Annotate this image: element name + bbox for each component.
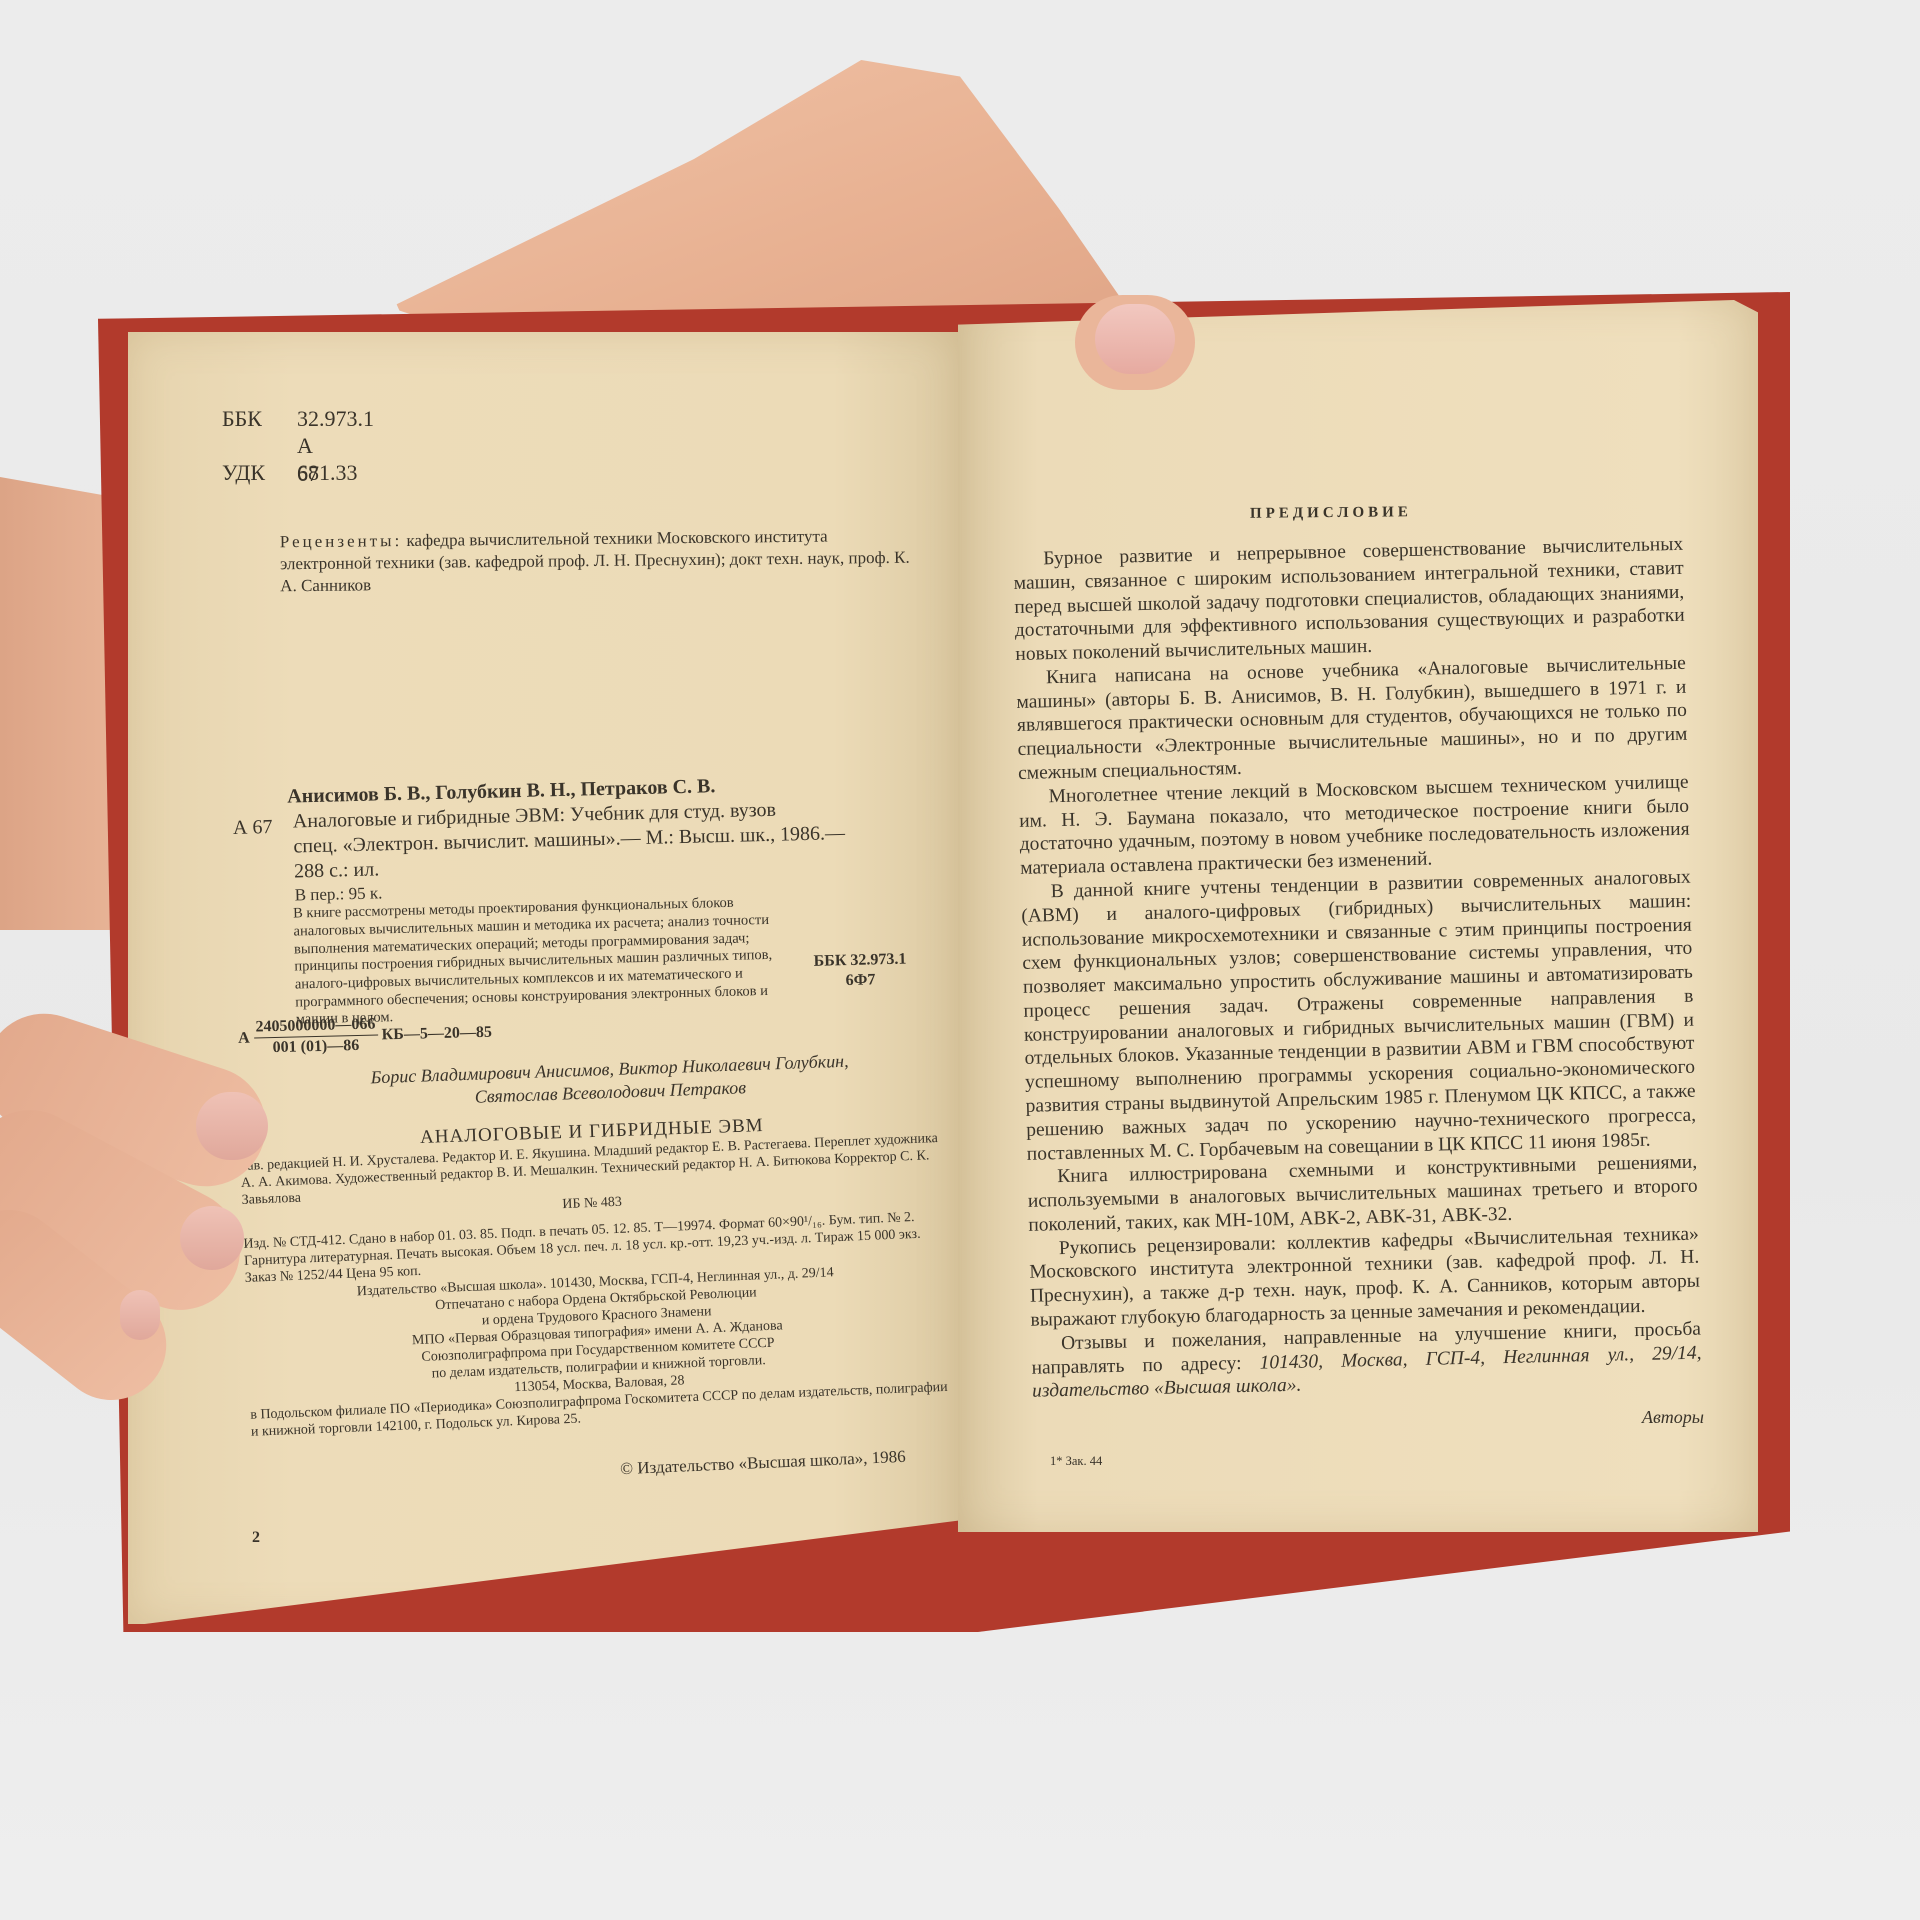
code-suffix: КБ—5—20—85: [381, 1022, 492, 1045]
imprint: Зав. редакцией Н. И. Хрусталева. Редакто…: [240, 1130, 951, 1441]
preface-paragraph: Бурное развитие и непрерывное совершенст…: [1013, 533, 1686, 667]
udk-label: УДК: [222, 460, 265, 485]
bbk2-sub: 6Ф7: [814, 970, 907, 992]
page-number: 2: [252, 1528, 260, 1548]
biblio-code: А 67: [233, 815, 273, 841]
reviewers-label: Рецензенты:: [280, 531, 403, 551]
bbk-value: 32.973.1: [297, 405, 374, 433]
bbk-label: ББК: [222, 406, 262, 431]
bbk-secondary: ББК 32.973.1 6Ф7: [813, 950, 907, 992]
reviewers: Рецензенты: кафедра вычислительной техни…: [280, 525, 911, 597]
preface-paragraph: Многолетнее чтение лекций в Московском в…: [1018, 771, 1690, 881]
fingernail: [180, 1206, 244, 1270]
classification-index: ББК32.973.1 А 67 УДК681.33: [222, 405, 265, 486]
preface-body: Бурное развитие и непрерывное совершенст…: [1013, 533, 1702, 1404]
abstract-text: В книге рассмотрены методы проектировани…: [243, 893, 806, 1030]
preface-paragraph: Рукопись рецензировали: коллектив кафедр…: [1029, 1222, 1701, 1332]
fingernail: [196, 1092, 268, 1160]
preface-signature: Авторы: [1642, 1406, 1704, 1429]
preface-paragraph-address: Отзывы и пожелания, направленные на улуч…: [1031, 1317, 1702, 1404]
code-prefix: А: [238, 1028, 250, 1048]
fingernail: [120, 1290, 160, 1340]
code-fraction: 2405000000—066 001 (01)—86: [253, 1015, 378, 1059]
publication-code: А 2405000000—066 001 (01)—86 КБ—5—20—85: [238, 1012, 493, 1059]
udk-value: 681.33: [297, 459, 358, 487]
bibliographic-record: Анисимов Б. В., Голубкин В. Н., Петраков…: [232, 769, 938, 1031]
preface-paragraph: В данной книге учтены тенденции в развит…: [1021, 866, 1697, 1167]
code-numerator: 2405000000—066: [253, 1015, 377, 1039]
signature-mark: 1* Зак. 44: [1050, 1454, 1102, 1470]
thumb-nail: [1095, 304, 1175, 374]
biblio-abstract: В книге рассмотрены методы проектировани…: [235, 893, 806, 1031]
code-denominator: 001 (01)—86: [272, 1036, 359, 1058]
photo-scene: ББК32.973.1 А 67 УДК681.33 Рецензенты: к…: [0, 0, 1920, 1920]
bbk2-value: ББК 32.973.1: [813, 950, 906, 972]
preface-heading: ПРЕДИСЛОВИЕ: [1250, 503, 1412, 523]
preface-paragraph: Книга написана на основе учебника «Анало…: [1016, 652, 1689, 786]
